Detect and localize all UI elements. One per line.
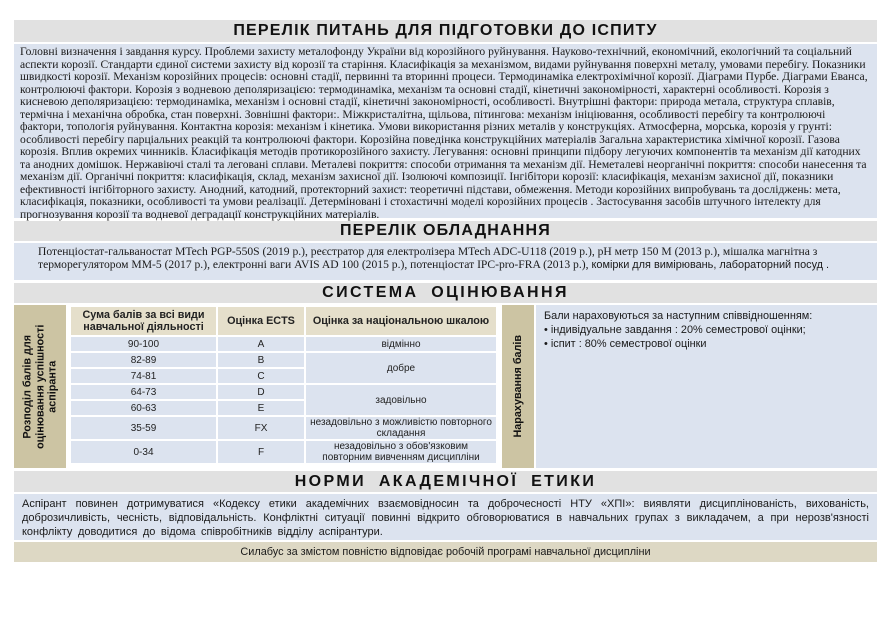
cell-national: незадовільно з обов'язковим повторним ви…: [306, 441, 496, 463]
cell-national: добре: [306, 353, 496, 383]
grading-table-header: Сума балів за всі види навчальної діяльн…: [71, 307, 496, 335]
cell-range: 0-34: [71, 441, 216, 463]
exam-questions-title-text: ПЕРЕЛІК ПИТАНЬ ДЛЯ ПІДГОТОВКИ ДО ІСПИТУ: [233, 22, 657, 40]
cell-range: 35-59: [71, 417, 216, 439]
grading-title-text: СИСТЕМА ОЦІНЮВАННЯ: [322, 284, 569, 302]
points-calc-label: Нарахування балів: [502, 305, 534, 468]
cell-ects: C: [218, 369, 304, 383]
cell-national: відмінно: [306, 337, 496, 351]
equipment-text: Потенціостат-гальваностат MTech PGP-550S…: [14, 243, 877, 280]
cell-ects: D: [218, 385, 304, 399]
cell-range: 82-89: [71, 353, 216, 367]
cell-ects: F: [218, 441, 304, 463]
grading-title: СИСТЕМА ОЦІНЮВАННЯ: [14, 283, 877, 303]
calc-item: • іспит : 80% семестрової оцінки: [544, 337, 869, 351]
calc-item: • індивідуальне завдання : 20% семестров…: [544, 323, 869, 337]
cell-ects: A: [218, 337, 304, 351]
table-row: 64-73 D задовільно: [71, 385, 496, 399]
table-row: 90-100 A відмінно: [71, 337, 496, 351]
col-national: Оцінка за національною шкалою: [306, 307, 496, 335]
table-row: 82-89 B добре: [71, 353, 496, 367]
equipment-title-text: ПЕРЕЛІК ОБЛАДНАННЯ: [340, 222, 551, 240]
cell-ects: FX: [218, 417, 304, 439]
grading-table: Сума балів за всі види навчальної діяльн…: [69, 305, 498, 465]
syllabus-footer-text: Силабус за змістом повністю відповідає р…: [240, 546, 650, 558]
calc-intro: Бали нараховуються за наступним співвідн…: [544, 309, 869, 323]
equipment-text-sans: комірки для вимірювань, лабораторний пос…: [589, 259, 830, 271]
table-row: 35-59 FX незадовільно з можливістю повто…: [71, 417, 496, 439]
ethics-title-text: НОРМИ АКАДЕМІЧНОЇ ЕТИКИ: [295, 473, 597, 491]
col-ects: Оцінка ECTS: [218, 307, 304, 335]
cell-range: 60-63: [71, 401, 216, 415]
col-sum: Сума балів за всі види навчальної діяльн…: [71, 307, 216, 335]
equipment-title: ПЕРЕЛІК ОБЛАДНАННЯ: [14, 221, 877, 241]
cell-range: 74-81: [71, 369, 216, 383]
cell-national: незадовільно з можливістю повторного скл…: [306, 417, 496, 439]
exam-questions-title: ПЕРЕЛІК ПИТАНЬ ДЛЯ ПІДГОТОВКИ ДО ІСПИТУ: [14, 20, 877, 42]
cell-national: задовільно: [306, 385, 496, 415]
points-calc-box: Бали нараховуються за наступним співвідн…: [536, 305, 877, 468]
cell-ects: B: [218, 353, 304, 367]
syllabus-footer: Силабус за змістом повністю відповідає р…: [14, 542, 877, 562]
cell-range: 64-73: [71, 385, 216, 399]
table-row: 0-34 F незадовільно з обов'язковим повто…: [71, 441, 496, 463]
ethics-text: Аспірант повинен дотримуватися «Кодексу …: [14, 494, 877, 540]
grade-distribution-label: Розподіл балів дляоцінювання успішностіа…: [14, 305, 66, 468]
cell-ects: E: [218, 401, 304, 415]
grading-section: Розподіл балів дляоцінювання успішностіа…: [14, 305, 877, 468]
exam-questions-text: Головні визначення і завдання курсу. Про…: [14, 44, 877, 218]
ethics-title: НОРМИ АКАДЕМІЧНОЇ ЕТИКИ: [14, 471, 877, 492]
cell-range: 90-100: [71, 337, 216, 351]
